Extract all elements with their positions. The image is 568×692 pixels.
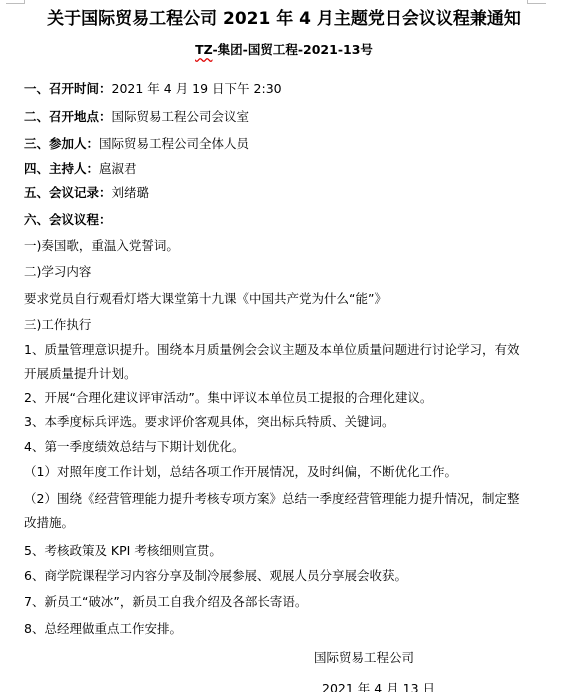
agenda-item: 二)学习内容	[24, 262, 91, 280]
agenda-item: 要求党员自行观看灯塔大课堂第十九课《中国共产党为什么“能”》	[24, 289, 387, 307]
agenda-item: 3、本季度标兵评选。要求评价客观具体，突出标兵特质、关键词。	[24, 412, 394, 430]
field-host: 四、主持人：扈淑君	[24, 159, 137, 177]
agenda-item: 2、开展“合理化建议评审活动”。集中评议本单位员工提报的合理化建议。	[24, 388, 432, 406]
signature-company: 国际贸易工程公司	[314, 648, 414, 666]
field-time: 一、召开时间：2021 年 4 月 19 日下午 2:30	[24, 79, 282, 97]
agenda-item: 4、第一季度绩效总结与下期计划优化。	[24, 437, 244, 455]
agenda-item: 8、总经理做重点工作安排。	[24, 619, 182, 637]
agenda-item: （1）对照年度工作计划，总结各项工作开展情况，及时纠偏，不断优化工作。	[24, 462, 457, 480]
agenda-item: （2）围绕《经营管理能力提升考核专项方案》总结一季度经营管理能力提升情况，制定整	[24, 489, 519, 507]
signature-date: 2021 年 4 月 13 日	[322, 679, 435, 692]
agenda-item: 一)奏国歌，重温入党誓词。	[24, 236, 179, 254]
agenda-item: 1、质量管理意识提升。围绕本月质量例会会议主题及本单位质量问题进行讨论学习，有效	[24, 340, 519, 358]
field-recorder: 五、会议记录：刘绪璐	[24, 183, 149, 201]
field-location: 二、召开地点：国际贸易工程公司会议室	[24, 107, 249, 125]
spellcheck-word[interactable]: TZ	[195, 42, 212, 57]
agenda-item: 6、商学院课程学习内容分享及制冷展参展、观展人员分享展会收获。	[24, 566, 407, 584]
field-attendees: 三、参加人：国际贸易工程公司全体人员	[24, 134, 249, 152]
agenda-item: 改措施。	[24, 513, 74, 531]
document-title: 关于国际贸易工程公司 2021 年 4 月主题党日会议议程兼通知	[0, 4, 568, 29]
agenda-item: 7、新员工“破冰”，新员工自我介绍及各部长寄语。	[24, 592, 307, 610]
field-agenda-heading: 六、会议议程：	[24, 210, 112, 228]
agenda-item: 开展质量提升计划。	[24, 364, 137, 382]
document-number: TZ-集团-国贸工程-2021-13号	[0, 40, 568, 58]
agenda-item: 三)工作执行	[24, 315, 91, 333]
agenda-item: 5、考核政策及 KPI 考核细则宣贯。	[24, 541, 222, 559]
